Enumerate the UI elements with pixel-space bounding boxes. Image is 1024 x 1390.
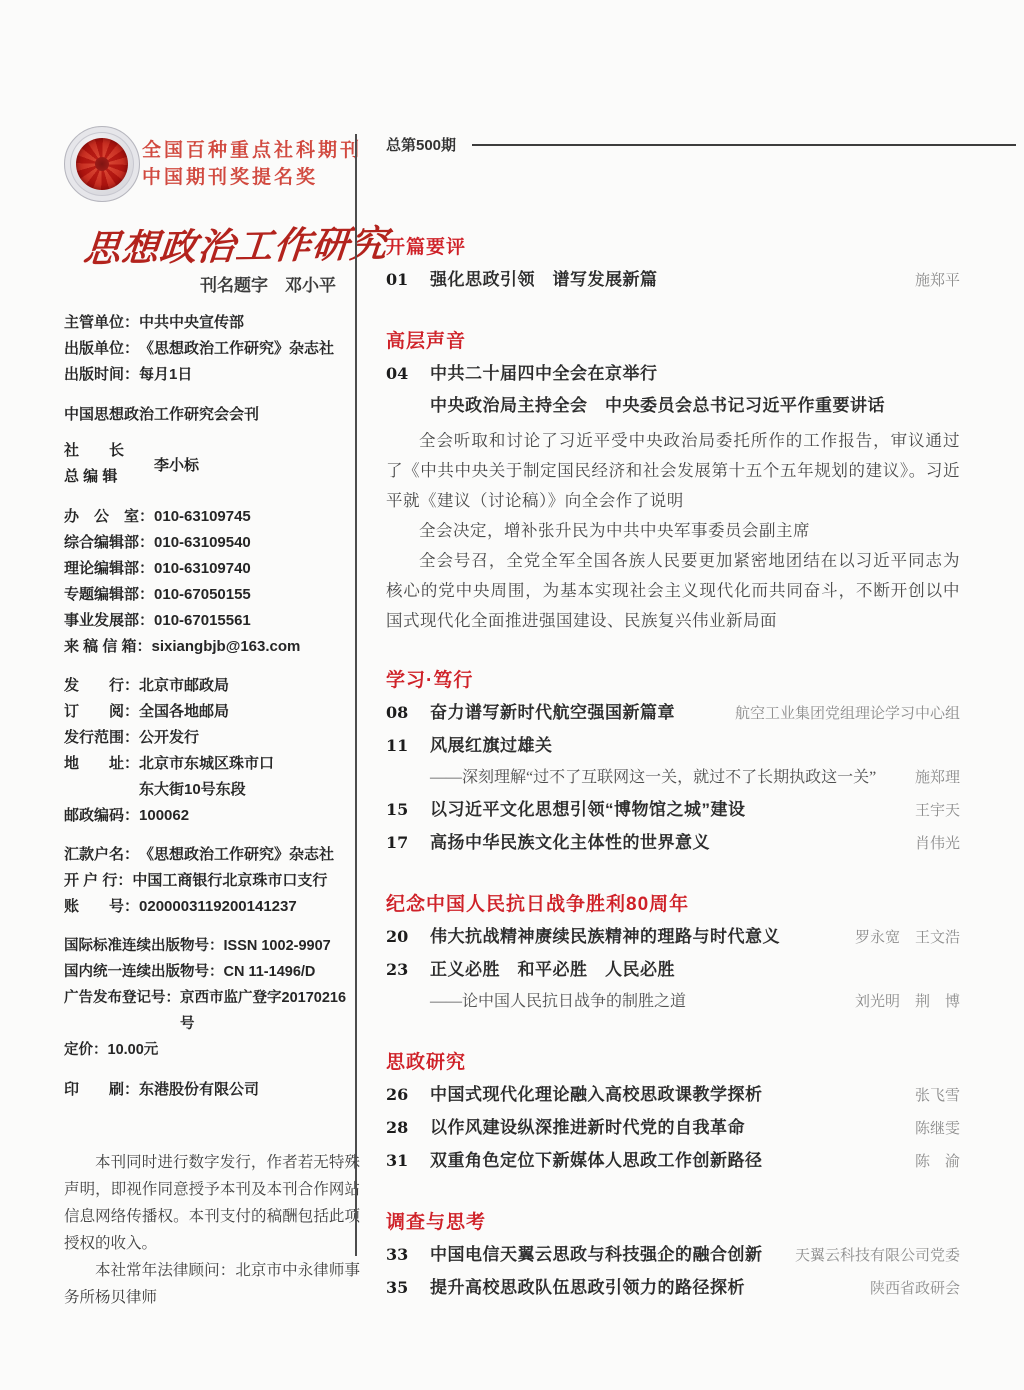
- page-number: 26: [386, 1079, 430, 1111]
- table-of-contents: 开篇要评 01 强化思政引领 谱写发展新篇 施郑平 高层声音 04 中共二十届四…: [386, 232, 960, 1334]
- page-number: 23: [386, 954, 430, 986]
- page-number: 31: [386, 1145, 430, 1177]
- info-row: 出版单位：《思想政治工作研究》杂志社: [64, 336, 360, 362]
- article-author: 张飞雪: [903, 1080, 960, 1112]
- section-heading: 学习·笃行: [386, 665, 960, 692]
- info-row: 广告发布登记号：京西市监广登字20170216号: [64, 985, 360, 1037]
- section-heading: 纪念中国人民抗日战争胜利80周年: [386, 889, 960, 916]
- section-study-practice: 学习·笃行 08 奋力谱写新时代航空强国新篇章 航空工业集团党组理论学习中心组 …: [386, 665, 960, 860]
- notice-paragraph: 本刊同时进行数字发行，作者若无特殊声明，即视作同意授予本刊及本刊合作网站信息网络…: [64, 1149, 360, 1257]
- article-title: 以习近平文化思想引领“博物馆之城”建设: [430, 794, 746, 826]
- info-row: 订 阅：全国各地邮局: [64, 699, 360, 725]
- banking-block: 汇款户名：《思想政治工作研究》杂志社 开 户 行：中国工商银行北京珠市口支行 账…: [64, 842, 360, 920]
- toc-item: 08 奋力谱写新时代航空强国新篇章 航空工业集团党组理论学习中心组: [386, 697, 960, 730]
- toc-item: 31 双重角色定位下新媒体人思政工作创新路径 陈 渝: [386, 1145, 960, 1178]
- toc-item: 04 中共二十届四中全会在京举行: [386, 358, 960, 390]
- article-title: 中国电信天翼云思政与科技强企的融合创新: [430, 1239, 763, 1271]
- header-rule: [472, 144, 1016, 146]
- article-title: 中共二十届四中全会在京举行: [430, 358, 658, 390]
- section-opening-review: 开篇要评 01 强化思政引领 谱写发展新篇 施郑平: [386, 232, 960, 297]
- article-title: 正义必胜 和平必胜 人民必胜: [430, 954, 675, 986]
- info-row: 定价：10.00元: [64, 1037, 360, 1063]
- publication-info-column: 主管单位：中共中央宣传部 出版单位：《思想政治工作研究》杂志社 出版时间：每月1…: [64, 310, 360, 1311]
- title-inscription: 刊名题字 邓小平: [84, 271, 336, 296]
- toc-item: 28 以作风建设纵深推进新时代党的自我革命 陈继雯: [386, 1112, 960, 1145]
- info-row: 事业发展部：010-67015561: [64, 608, 360, 634]
- toc-item: 35 提升高校思政队伍思政引领力的路径探析 陕西省政研会: [386, 1272, 960, 1305]
- article-subtitle: 中央政治局主持全会 中央委员会总书记习近平作重要讲话: [386, 390, 960, 422]
- article-author: 施郑平: [903, 265, 960, 297]
- registration-block: 国际标准连续出版物号：ISSN 1002-9907 国内统一连续出版物号：CN …: [64, 933, 360, 1063]
- info-row: 账 号：0200003119200141237: [64, 894, 360, 920]
- info-row: 国内统一连续出版物号：CN 11-1496/D: [64, 959, 360, 985]
- article-title: 奋力谱写新时代航空强国新篇章: [430, 697, 675, 729]
- printing-block: 印 刷：东港股份有限公司: [64, 1077, 360, 1103]
- article-title: 强化思政引领 谱写发展新篇: [430, 264, 658, 296]
- page-number: 35: [386, 1272, 430, 1304]
- info-row: 办 公 室：010-63109745: [64, 504, 360, 530]
- leadership-block: 社 长 总 编 辑 李小标: [64, 438, 360, 490]
- article-author: 航空工业集团党组理论学习中心组: [723, 698, 960, 730]
- article-dash-subtitle: ——深刻理解“过不了互联网这一关，就过不了长期执政这一关”: [430, 762, 876, 794]
- summary-paragraph: 全会听取和讨论了习近平受中央政治局委托所作的工作报告，审议通过了《中共中央关于制…: [386, 426, 960, 516]
- info-row: 汇款户名：《思想政治工作研究》杂志社: [64, 842, 360, 868]
- toc-item: 15 以习近平文化思想引领“博物馆之城”建设 王宇天: [386, 794, 960, 827]
- summary-paragraph: 全会决定，增补张升民为中共中央军事委员会副主席: [386, 516, 960, 546]
- toc-item: 26 中国式现代化理论融入高校思政课教学探析 张飞雪: [386, 1079, 960, 1112]
- article-author: 陈继雯: [903, 1113, 960, 1145]
- journal-emblem-logo: [64, 126, 140, 202]
- article-author: 施郑理: [903, 762, 960, 794]
- award-text: 全国百种重点社科期刊 中国期刊奖提名奖: [142, 137, 362, 191]
- article-title: 中国式现代化理论融入高校思政课教学探析: [430, 1079, 763, 1111]
- section-heading: 调查与思考: [386, 1207, 960, 1234]
- section-survey-reflection: 调查与思考 33 中国电信天翼云思政与科技强企的融合创新 天翼云科技有限公司党委…: [386, 1207, 960, 1305]
- info-row: 发 行：北京市邮政局: [64, 673, 360, 699]
- digital-distribution-notice: 本刊同时进行数字发行，作者若无特殊声明，即视作同意授予本刊及本刊合作网站信息网络…: [64, 1149, 360, 1311]
- issue-header: 总第500期: [386, 134, 1016, 155]
- affiliation-line: 中国思想政治工作研究会会刊: [64, 402, 360, 428]
- issue-number-label: 总第500期: [386, 134, 456, 155]
- toc-item: 33 中国电信天翼云思政与科技强企的融合创新 天翼云科技有限公司党委: [386, 1239, 960, 1272]
- page-number: 11: [386, 730, 430, 762]
- info-row: 发行范围：公开发行: [64, 725, 360, 751]
- page-number: 15: [386, 794, 430, 826]
- emblem-swirl-icon: [76, 138, 128, 190]
- article-author: 王宇天: [903, 795, 960, 827]
- info-row: 邮政编码：100062: [64, 803, 360, 829]
- page-number: 17: [386, 827, 430, 859]
- section-heading: 开篇要评: [386, 232, 960, 259]
- article-author: 天翼云科技有限公司党委: [783, 1240, 960, 1272]
- info-row: 出版时间：每月1日: [64, 362, 360, 388]
- magazine-contents-page: 全国百种重点社科期刊 中国期刊奖提名奖 思想政治工作研究 刊名题字 邓小平 主管…: [0, 0, 1024, 1390]
- section-heading: 高层声音: [386, 326, 960, 353]
- page-number: 20: [386, 921, 430, 953]
- toc-item-subtitle: ——论中国人民抗日战争的制胜之道 刘光明 荆 博: [386, 986, 960, 1018]
- info-row: 地 址：北京市东城区珠市口: [64, 751, 360, 777]
- info-row: 国际标准连续出版物号：ISSN 1002-9907: [64, 933, 360, 959]
- publisher-block: 主管单位：中共中央宣传部 出版单位：《思想政治工作研究》杂志社 出版时间：每月1…: [64, 310, 360, 388]
- article-author: 肖伟光: [903, 828, 960, 860]
- info-row: 专题编辑部：010-67050155: [64, 582, 360, 608]
- distribution-block: 发 行：北京市邮政局 订 阅：全国各地邮局 发行范围：公开发行 地 址：北京市东…: [64, 673, 360, 829]
- article-author: 陈 渝: [903, 1146, 960, 1178]
- article-title: 以作风建设纵深推进新时代党的自我革命: [430, 1112, 745, 1144]
- info-row: 理论编辑部：010-63109740: [64, 556, 360, 582]
- leader-name: 李小标: [154, 454, 199, 475]
- toc-item: 17 高扬中华民族文化主体性的世界意义 肖伟光: [386, 827, 960, 860]
- journal-title-calligraphy: 思想政治工作研究: [81, 213, 386, 272]
- summary-paragraph: 全会号召，全党全军全国各族人民要更加紧密地团结在以习近平同志为核心的党中央周围，…: [386, 546, 960, 636]
- page-number: 28: [386, 1112, 430, 1144]
- section-top-voices: 高层声音 04 中共二十届四中全会在京举行 中央政治局主持全会 中央委员会总书记…: [386, 326, 960, 636]
- info-row-continuation: 东大街10号东段: [64, 777, 360, 803]
- page-number: 33: [386, 1239, 430, 1271]
- info-row: 综合编辑部：010-63109540: [64, 530, 360, 556]
- article-title: 伟大抗战精神赓续民族精神的理路与时代意义: [430, 921, 780, 953]
- role-president: 社 长: [64, 438, 124, 464]
- contacts-block: 办 公 室：010-63109745 综合编辑部：010-63109540 理论…: [64, 504, 360, 660]
- section-heading: 思政研究: [386, 1047, 960, 1074]
- article-author: 刘光明 荆 博: [843, 986, 960, 1018]
- article-title: 双重角色定位下新媒体人思政工作创新路径: [430, 1145, 763, 1177]
- toc-item-subtitle: ——深刻理解“过不了互联网这一关，就过不了长期执政这一关” 施郑理: [386, 762, 960, 794]
- legal-counsel-paragraph: 本社常年法律顾问：北京市中永律师事务所杨贝律师: [64, 1257, 360, 1311]
- role-chief-editor: 总 编 辑: [64, 464, 124, 490]
- toc-item: 23 正义必胜 和平必胜 人民必胜: [386, 954, 960, 986]
- toc-item: 20 伟大抗战精神赓续民族精神的理路与时代意义 罗永宽 王文浩: [386, 921, 960, 954]
- info-row: 印 刷：东港股份有限公司: [64, 1077, 360, 1103]
- page-number: 01: [386, 264, 430, 296]
- info-row: 主管单位：中共中央宣传部: [64, 310, 360, 336]
- article-dash-subtitle: ——论中国人民抗日战争的制胜之道: [430, 986, 686, 1018]
- toc-item: 01 强化思政引领 谱写发展新篇 施郑平: [386, 264, 960, 297]
- section-war-victory-80th: 纪念中国人民抗日战争胜利80周年 20 伟大抗战精神赓续民族精神的理路与时代意义…: [386, 889, 960, 1018]
- article-title: 提升高校思政队伍思政引领力的路径探析: [430, 1272, 745, 1304]
- info-row: 开 户 行：中国工商银行北京珠市口支行: [64, 868, 360, 894]
- article-title: 风展红旗过雄关: [430, 730, 553, 762]
- info-row: 来 稿 信 箱：sixiangbjb@163.com: [64, 634, 360, 660]
- section-ideological-research: 思政研究 26 中国式现代化理论融入高校思政课教学探析 张飞雪 28 以作风建设…: [386, 1047, 960, 1178]
- article-title: 高扬中华民族文化主体性的世界意义: [430, 827, 710, 859]
- award-line-1: 全国百种重点社科期刊: [142, 137, 362, 164]
- section-summary: 全会听取和讨论了习近平受中央政治局委托所作的工作报告，审议通过了《中共中央关于制…: [386, 426, 960, 636]
- article-author: 陕西省政研会: [858, 1273, 960, 1305]
- article-author: 罗永宽 王文浩: [843, 922, 960, 954]
- page-number: 08: [386, 697, 430, 729]
- award-line-2: 中国期刊奖提名奖: [142, 164, 362, 191]
- page-number: 04: [386, 358, 430, 390]
- vertical-divider: [355, 134, 357, 1256]
- toc-item: 11 风展红旗过雄关: [386, 730, 960, 762]
